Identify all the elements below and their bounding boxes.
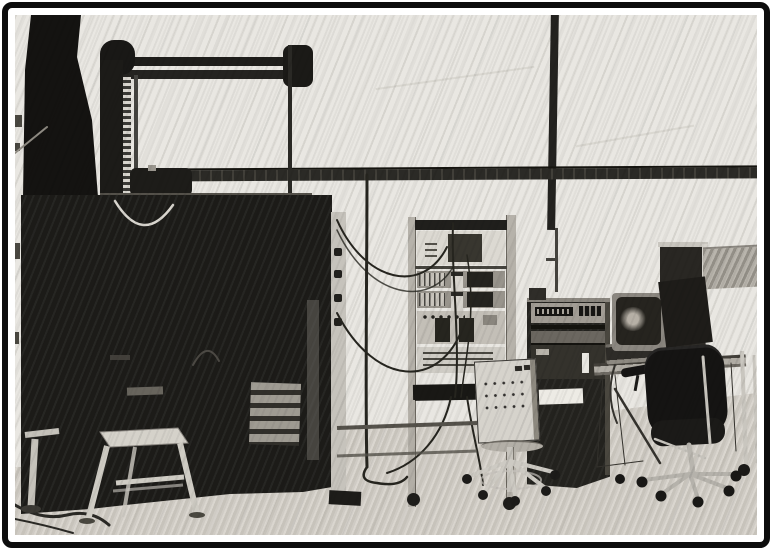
desk-legs — [597, 363, 736, 467]
chair-frame — [615, 357, 742, 508]
laboratory-photo — [15, 15, 757, 535]
figure-photo-plate — [0, 0, 772, 550]
rolling-stool — [462, 461, 560, 506]
right-stand — [738, 351, 757, 476]
rack-trolley-bars — [337, 423, 477, 456]
step-stool — [21, 428, 205, 524]
cables-and-frames-layer — [15, 15, 757, 535]
